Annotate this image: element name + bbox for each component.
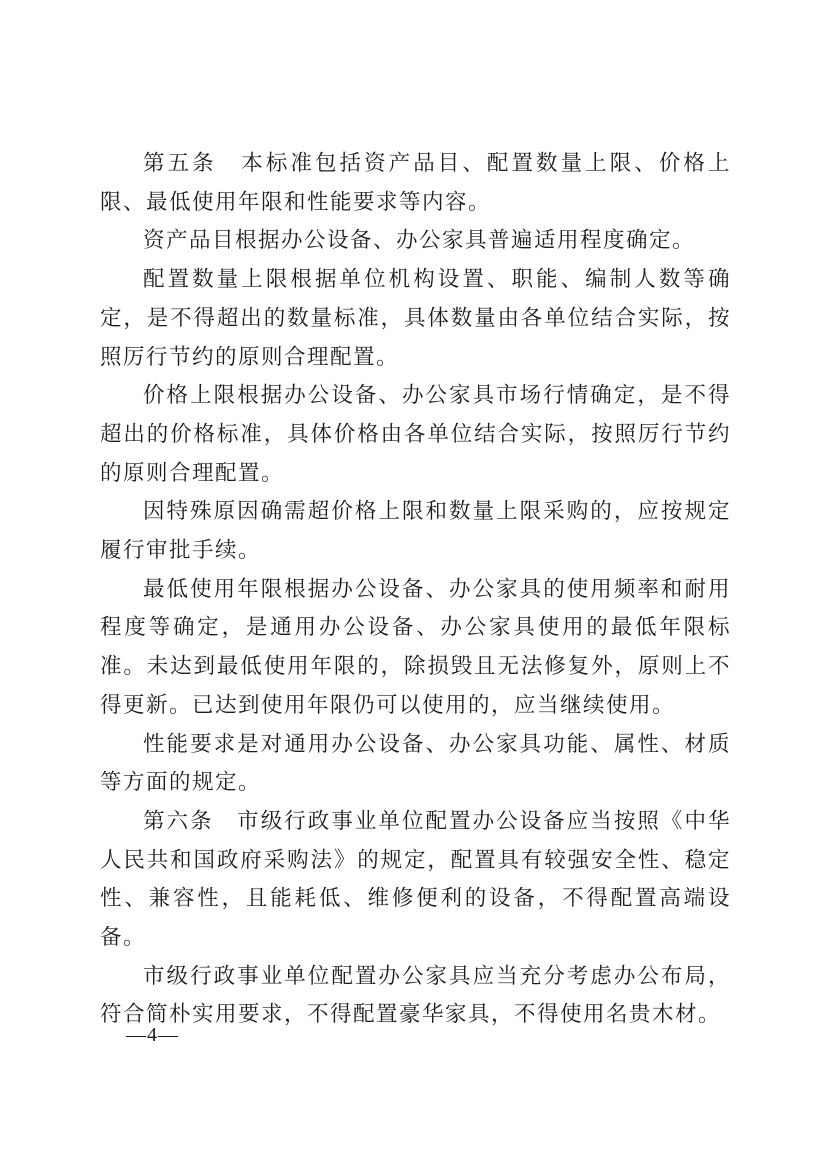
page-number: —4— [126,1024,179,1047]
paragraph-asset-catalog: 资产品目根据办公设备、办公家具普遍适用程度确定。 [100,221,731,260]
paragraph-quantity-limit: 配置数量上限根据单位机构设置、职能、编制人数等确定，是不得超出的数量标准，具体数… [100,260,731,376]
paragraph-price-limit: 价格上限根据办公设备、办公家具市场行情确定，是不得超出的价格标准，具体价格由各单… [100,376,731,492]
paragraph-special-approval: 因特殊原因确需超价格上限和数量上限采购的，应按规定履行审批手续。 [100,492,731,569]
paragraph-article-6: 第六条 市级行政事业单位配置办公设备应当按照《中华人民共和国政府采购法》的规定，… [100,802,731,957]
document-body: 第五条 本标准包括资产品目、配置数量上限、价格上限、最低使用年限和性能要求等内容… [100,144,731,1034]
paragraph-performance-requirements: 性能要求是对通用办公设备、办公家具功能、属性、材质等方面的规定。 [100,725,731,802]
paragraph-minimum-service-life: 最低使用年限根据办公设备、办公家具的使用频率和耐用程度等确定，是通用办公设备、办… [100,570,731,725]
paragraph-article-5: 第五条 本标准包括资产品目、配置数量上限、价格上限、最低使用年限和性能要求等内容… [100,144,731,221]
paragraph-furniture-requirements: 市级行政事业单位配置办公家具应当充分考虑办公布局，符合简朴实用要求，不得配置豪华… [100,957,731,1034]
document-page: 第五条 本标准包括资产品目、配置数量上限、价格上限、最低使用年限和性能要求等内容… [0,0,827,1169]
